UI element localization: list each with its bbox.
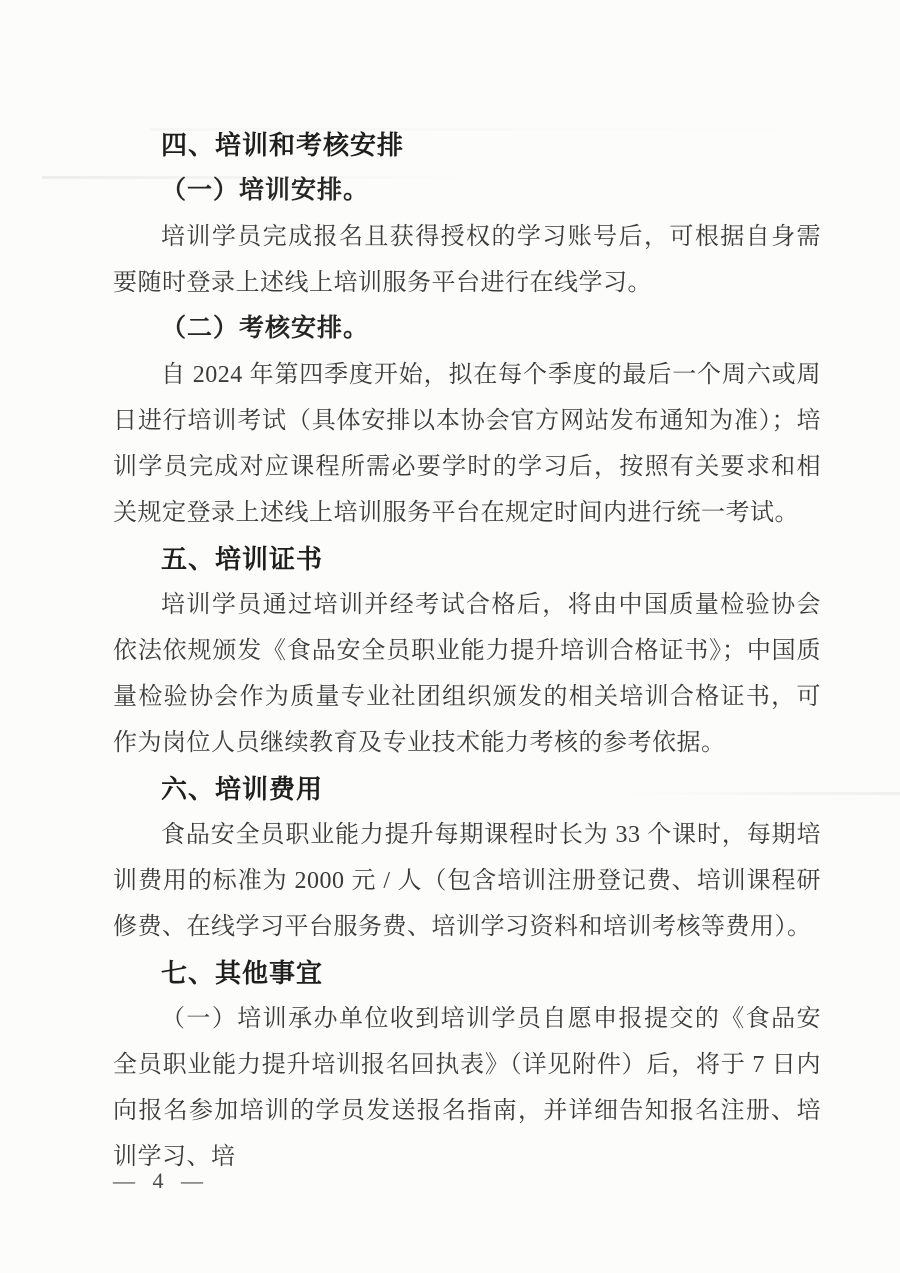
paragraph-fee: 食品安全员职业能力提升每期课程时长为 33 个课时，每期培训费用的标准为 200… (113, 812, 821, 950)
paragraph-training-arrangement: 培训学员完成报名且获得授权的学习账号后，可根据自身需要随时登录上述线上培训服务平… (113, 214, 821, 306)
section-heading-5: 五、培训证书 (113, 536, 821, 582)
paragraph-exam-arrangement: 自 2024 年第四季度开始，拟在每个季度的最后一个周六或周日进行培训考试（具体… (113, 352, 821, 536)
page-number: — 4 — (113, 1168, 209, 1194)
paragraph-other-matters: （一）培训承办单位收到培训学员自愿申报提交的《食品安全员职业能力提升培训报名回执… (113, 996, 821, 1180)
subsection-heading-4-1: （一）培训安排。 (113, 168, 821, 214)
document-body: 四、培训和考核安排 （一）培训安排。 培训学员完成报名且获得授权的学习账号后，可… (113, 122, 821, 1180)
subsection-heading-4-2: （二）考核安排。 (113, 306, 821, 352)
section-heading-6: 六、培训费用 (113, 766, 821, 812)
paragraph-certificate: 培训学员通过培训并经考试合格后，将由中国质量检验协会依法依规颁发《食品安全员职业… (113, 582, 821, 766)
section-heading-4: 四、培训和考核安排 (113, 122, 821, 168)
section-heading-7: 七、其他事宜 (113, 950, 821, 996)
document-page: 四、培训和考核安排 （一）培训安排。 培训学员完成报名且获得授权的学习账号后，可… (0, 0, 900, 1273)
